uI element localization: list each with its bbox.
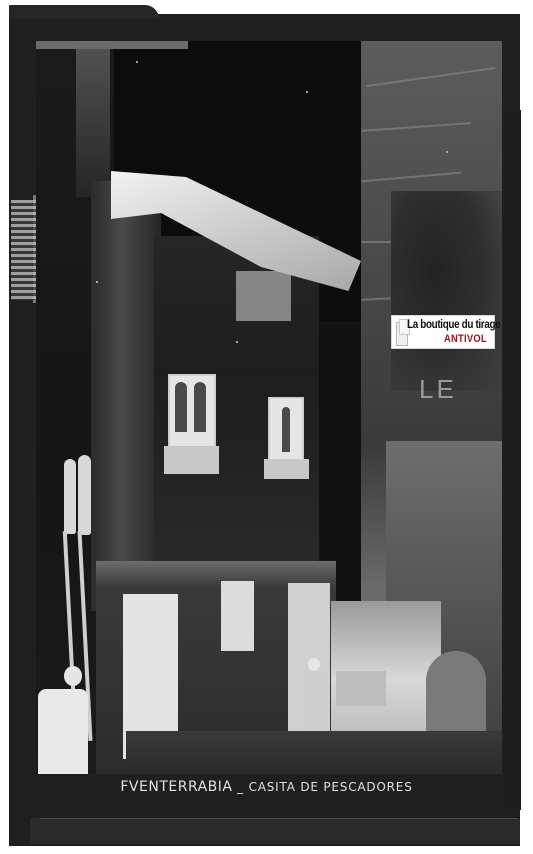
top-ledge xyxy=(36,41,188,49)
plate-right-edge xyxy=(503,110,521,810)
house-corner-pillar xyxy=(91,181,161,611)
plate-bottom-strip xyxy=(30,818,520,844)
caption-separator: _ xyxy=(237,780,244,794)
window-right-sill xyxy=(264,459,309,479)
photo-caption: FVENTERRABIA _ CASITA DE PESCADORES xyxy=(0,775,533,799)
watermark-badge: La boutique du tirage ANTIVOL xyxy=(391,315,495,349)
plate-torn-edge xyxy=(9,5,159,19)
courtyard xyxy=(331,601,441,731)
window-shutter xyxy=(11,200,37,300)
ground-floor-window xyxy=(221,581,254,651)
window-left xyxy=(168,374,216,450)
watermark-title: La boutique du tirage xyxy=(407,319,500,331)
caption-title: CASITA DE PESCADORES xyxy=(249,780,413,794)
wall-shadow xyxy=(391,191,502,391)
upper-wall-patch xyxy=(236,271,291,321)
stone-steps xyxy=(336,671,386,706)
wall-inscription: LE xyxy=(419,374,457,405)
plate-bottom-line xyxy=(40,818,518,819)
caption-place: FVENTERRABIA xyxy=(120,779,232,795)
cobbled-street xyxy=(126,731,502,774)
ledge-shadow xyxy=(76,47,110,197)
window-right xyxy=(268,397,304,463)
watermark-subtitle: ANTIVOL xyxy=(444,333,487,345)
photo-negative: LE xyxy=(36,41,502,774)
window-left-sill xyxy=(164,446,219,474)
